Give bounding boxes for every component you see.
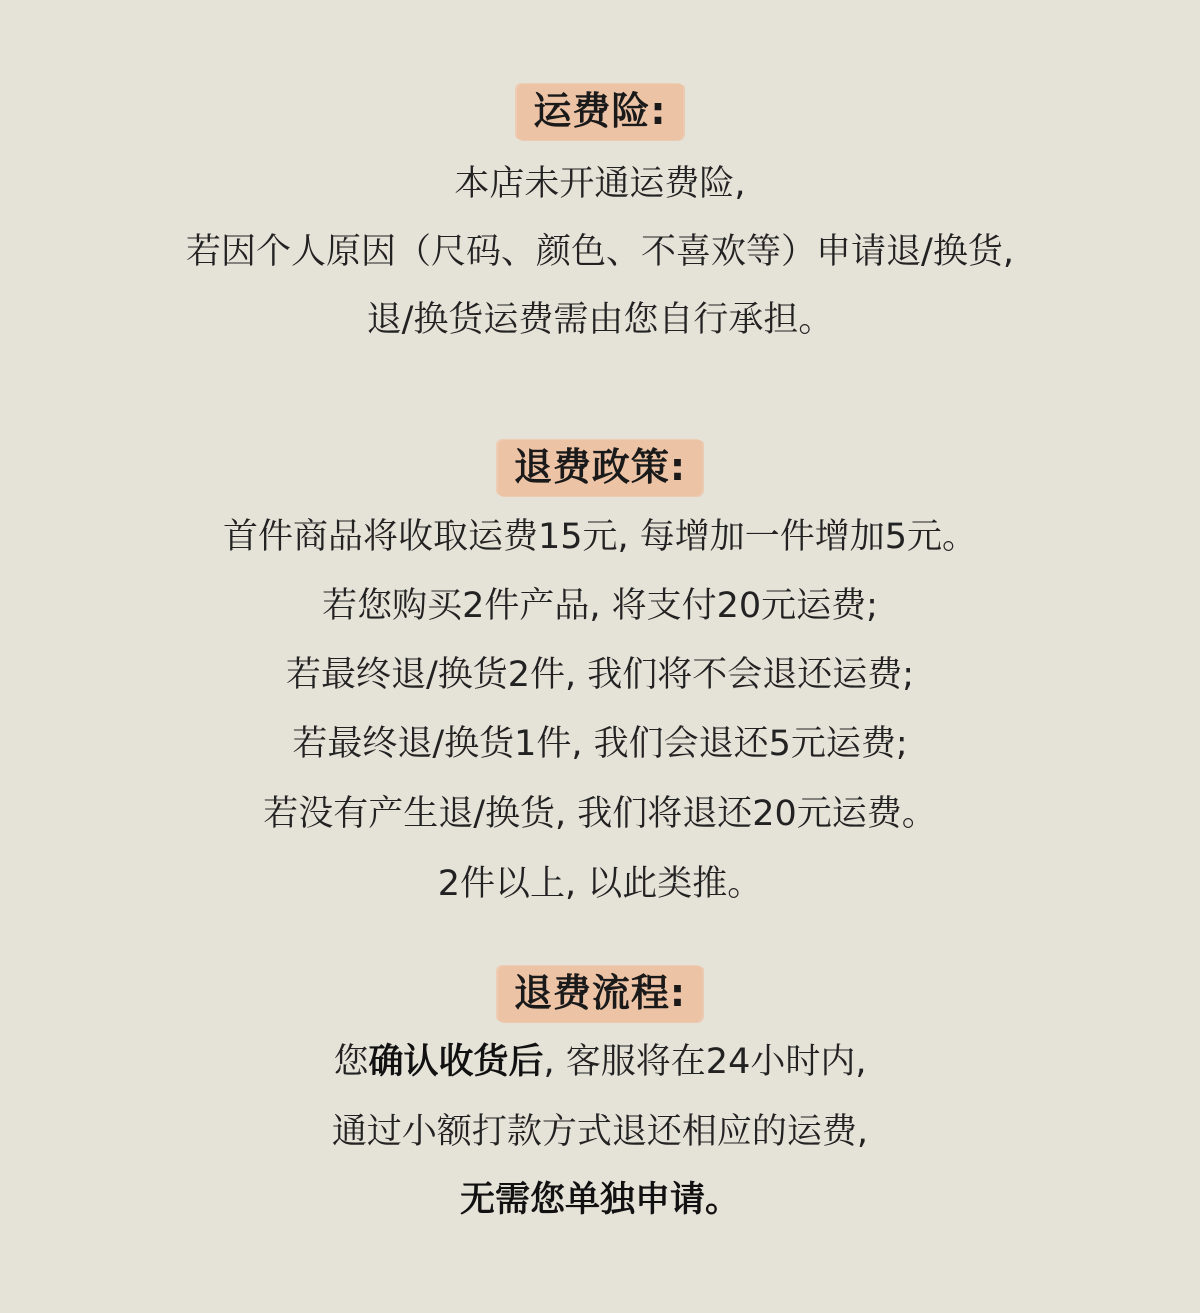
refund-policy-line-3: 若最终退/换货2件, 我们将不会退还运费; [0,653,1200,697]
refund-process-line-1: 您确认收货后, 客服将在24小时内, [0,1040,1200,1084]
section-refund-policy: 退费政策: [0,440,1200,496]
refund-process-line-1-suffix: , 客服将在24小时内, [544,1042,867,1082]
heading-refund-policy: 退费政策: [498,440,702,496]
refund-policy-line-1: 首件商品将收取运费15元, 每增加一件增加5元。 [0,515,1200,559]
heading-refund-process: 退费流程: [498,966,702,1022]
shipping-policy-page: 运费险: 本店未开通运费险, 若因个人原因（尺码、颜色、不喜欢等）申请退/换货,… [0,0,1200,1313]
refund-policy-line-5: 若没有产生退/换货, 我们将退还20元运费。 [0,792,1200,836]
freight-insurance-line-2: 若因个人原因（尺码、颜色、不喜欢等）申请退/换货, [0,230,1200,274]
no-application-needed-emphasis: 无需您单独申请。 [0,1178,1200,1222]
refund-policy-line-6: 2件以上, 以此类推。 [0,862,1200,906]
section-freight-insurance: 运费险: [0,84,1200,140]
refund-process-line-2: 通过小额打款方式退还相应的运费, [0,1110,1200,1154]
section-refund-process: 退费流程: [0,966,1200,1022]
refund-policy-line-4: 若最终退/换货1件, 我们会退还5元运费; [0,722,1200,766]
refund-policy-line-2: 若您购买2件产品, 将支付20元运费; [0,584,1200,628]
freight-insurance-line-3: 退/换货运费需由您自行承担。 [0,298,1200,342]
refund-process-line-1-prefix: 您 [334,1042,369,1082]
confirm-receipt-emphasis: 确认收货后 [369,1042,544,1082]
heading-freight-insurance: 运费险: [517,84,682,140]
freight-insurance-line-1: 本店未开通运费险, [0,162,1200,206]
